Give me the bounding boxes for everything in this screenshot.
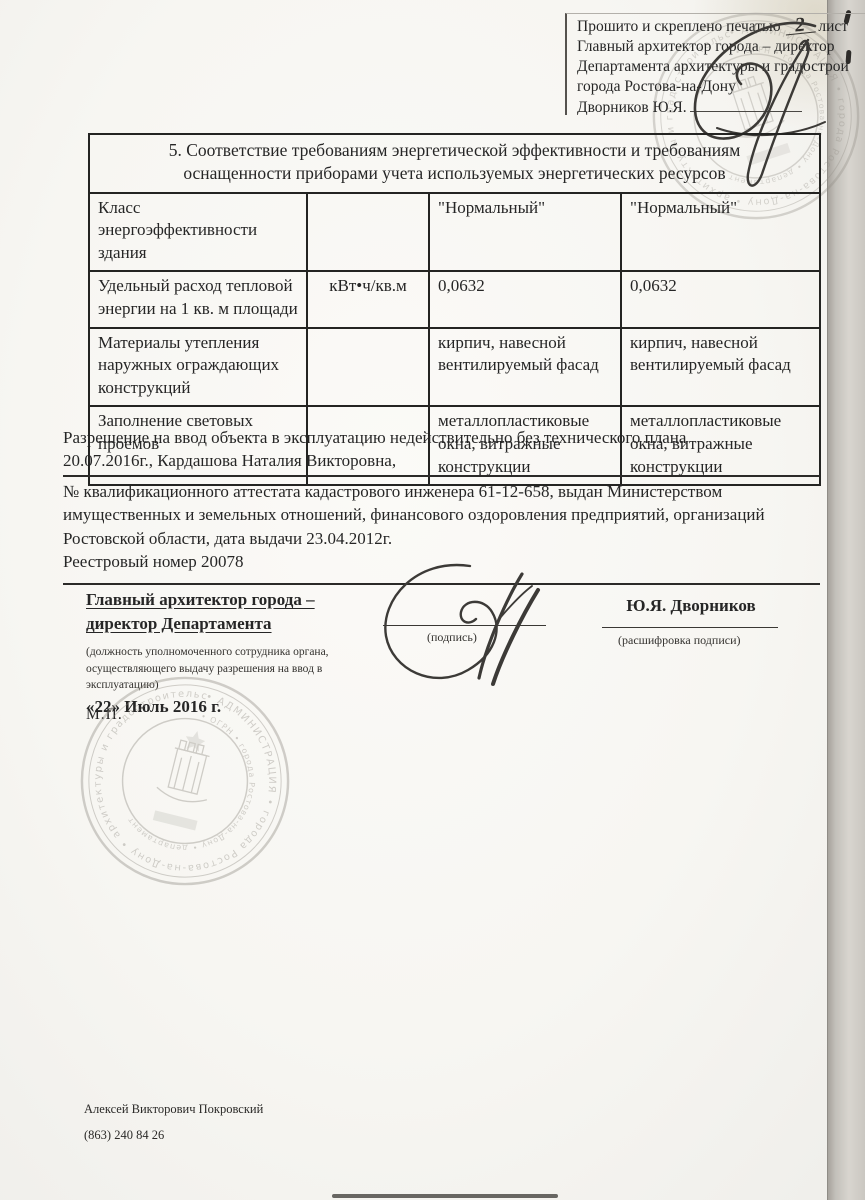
- name-underline: [602, 627, 778, 628]
- signatory-position: Главный архитектор города – директор Деп…: [86, 588, 396, 636]
- value-cell: 0,0632: [429, 271, 621, 327]
- table-title: 5. Соответствие требованиям энергетическ…: [89, 134, 820, 193]
- table-title-row: 5. Соответствие требованиям энергетическ…: [89, 134, 820, 193]
- table-row: Материалы утепления наружных ограждающих…: [89, 328, 820, 407]
- scanned-document-page: • АДМИНИСТРАЦИЯ • города Ростова-на-Дону…: [0, 0, 865, 1200]
- value-cell: 0,0632: [621, 271, 820, 327]
- table-row: Удельный расход тепловой энергии на 1 кв…: [89, 271, 820, 327]
- scan-bottom-artifact: [332, 1194, 558, 1198]
- table-row: Класс энергоэффективности здания "Нормал…: [89, 193, 820, 272]
- cadastral-engineer-note: № квалификационного аттестата кадастрово…: [63, 480, 820, 550]
- value-cell: "Нормальный": [429, 193, 621, 272]
- param-cell: Удельный расход тепловой энергии на 1 кв…: [89, 271, 307, 327]
- contact-name: Алексей Викторович Покровский: [84, 1096, 263, 1122]
- stamp-coat-of-arms: [149, 725, 222, 832]
- contact-phone: (863) 240 84 26: [84, 1122, 263, 1148]
- unit-cell: [307, 328, 429, 407]
- validity-note: Разрешение на ввод объекта в эксплуатаци…: [63, 426, 820, 473]
- unit-cell: кВт•ч/кв.м: [307, 271, 429, 327]
- value-cell: "Нормальный": [621, 193, 820, 272]
- value-cell: кирпич, навесной вентилируемый фасад: [429, 328, 621, 407]
- signatory-name: Ю.Я. Дворников: [606, 596, 776, 616]
- unit-cell: [307, 193, 429, 272]
- divider-line: [63, 475, 820, 477]
- director-signature-main: [372, 552, 572, 702]
- param-cell: Класс энергоэффективности здания: [89, 193, 307, 272]
- param-cell: Материалы утепления наружных ограждающих…: [89, 328, 307, 407]
- value-cell: кирпич, навесной вентилируемый фасад: [621, 328, 820, 407]
- footer-contact: Алексей Викторович Покровский (863) 240 …: [84, 1096, 263, 1149]
- name-caption: (расшифровка подписи): [618, 633, 741, 648]
